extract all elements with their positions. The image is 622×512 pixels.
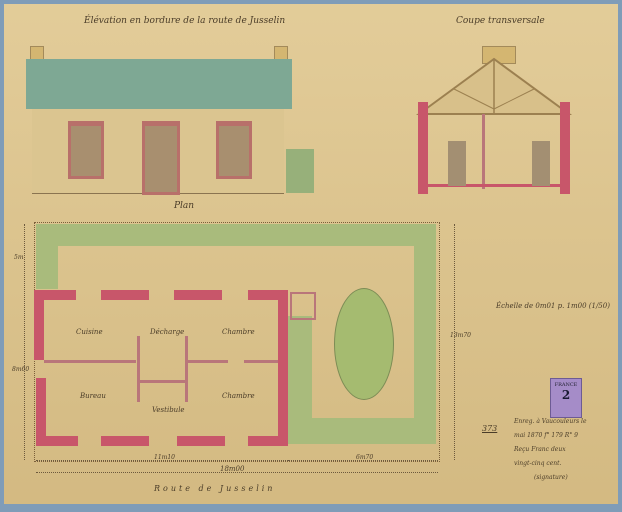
garden-left	[36, 224, 58, 289]
roof	[26, 59, 292, 109]
section-title: Coupe transversale	[456, 16, 545, 26]
room-label: Bureau	[80, 392, 106, 400]
wall-bottom-3	[177, 436, 225, 446]
wall-right	[278, 290, 288, 446]
dimension-line	[454, 224, 455, 460]
room-label: Vestibule	[152, 406, 185, 414]
plan-title: Plan	[174, 201, 194, 211]
stamp-value: 2	[551, 388, 581, 402]
section-wall-left	[418, 102, 428, 194]
section-partition	[482, 114, 485, 189]
dimension-label: 18m00	[220, 465, 244, 473]
garden-right	[414, 224, 436, 444]
road-label: Route de Jusselin	[154, 484, 275, 493]
annotation-line: Reçu Franc deux	[514, 446, 566, 453]
wall-top-3	[174, 290, 222, 300]
hedge	[286, 149, 314, 193]
room-label: Chambre	[222, 328, 255, 336]
wall-top-2	[101, 290, 149, 300]
room-label: Décharge	[150, 328, 184, 336]
section-wall-right	[560, 102, 570, 194]
partition-3	[185, 336, 188, 402]
well	[290, 292, 316, 320]
window-left	[68, 121, 104, 179]
window-right	[216, 121, 252, 179]
wall-bottom-4	[248, 436, 288, 446]
dimension-label: 13m70	[450, 332, 471, 339]
section-door-left	[448, 141, 466, 186]
partition-6	[244, 360, 278, 363]
door	[142, 121, 180, 195]
partition-1	[44, 360, 136, 363]
revenue-stamp: FRANCE 2	[550, 378, 582, 418]
roof-truss	[414, 54, 574, 124]
partition-4	[140, 380, 185, 383]
partition-2	[137, 336, 140, 402]
scale-note: Échelle de 0m01 p. 1m00 (1/50)	[496, 302, 610, 310]
annotation-line: vingt-cinq cent.	[514, 460, 561, 467]
wall-bottom-2	[101, 436, 149, 446]
garden-bottom	[288, 418, 436, 444]
room-label: Cuisine	[76, 328, 103, 336]
dimension-label: 8m60	[12, 366, 29, 373]
signature: (signature)	[534, 474, 568, 481]
room-label: Chambre	[222, 392, 255, 400]
section-door-right	[532, 141, 550, 186]
elevation-title: Élévation en bordure de la route de Juss…	[84, 16, 285, 26]
dimension-label: 6m70	[356, 454, 373, 461]
oval-lawn	[334, 288, 394, 400]
dimension-label: 5m	[14, 254, 24, 261]
drawing-sheet: Élévation en bordure de la route de Juss…	[4, 4, 618, 504]
annotation-line: mai 1870 f° 179 R° 9	[514, 432, 578, 439]
garden-top	[36, 224, 436, 246]
dimension-label: 11m10	[154, 454, 175, 461]
partition-5	[188, 360, 228, 363]
wall-bottom-1	[36, 436, 78, 446]
dimension-line	[24, 224, 25, 460]
annotation-number: 373	[482, 424, 497, 433]
wall-left-1	[34, 290, 44, 360]
annotation-line: Enreg. à Vaucouleurs le	[514, 418, 587, 425]
